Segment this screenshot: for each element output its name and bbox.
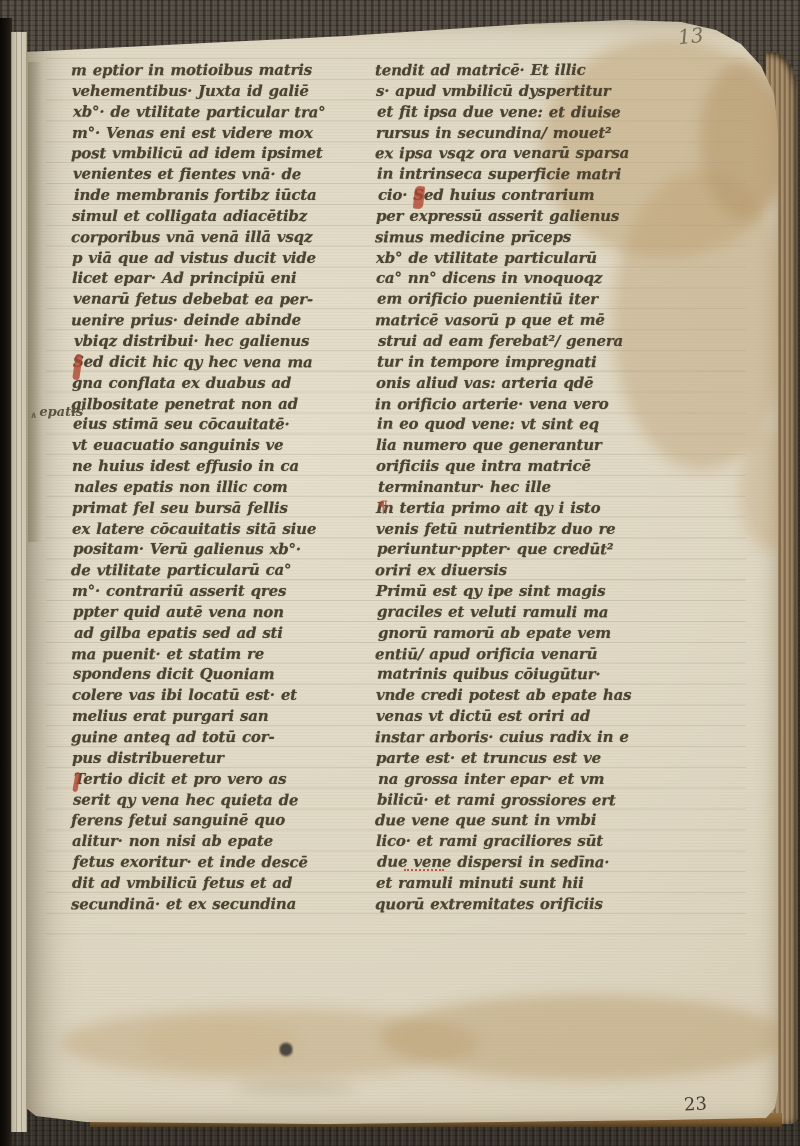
manuscript-text-line: gilbositate penetrat non ad: [71, 393, 347, 414]
manuscript-text-line: dit ad vmbilicū fetus et ad: [72, 873, 348, 894]
manuscript-text-line: venas vt dictū est oriri ad: [376, 706, 662, 727]
rubric-pilcrow-mark: ¶: [378, 498, 388, 516]
manuscript-text-line: vnde credi potest ab epate has: [376, 685, 662, 706]
manuscript-text-line: venarū fetus debebat ea per-: [73, 289, 349, 311]
manuscript-text-line: spondens dicit Quoniam: [73, 664, 349, 686]
manuscript-text-line: na grossa inter epar· et vm: [378, 769, 664, 790]
manuscript-text-line: parte est· et truncus est ve: [376, 748, 662, 769]
manuscript-text-line: guine anteq ad totū cor-: [71, 727, 347, 748]
manuscript-text-line: terminantur· hec ille: [378, 477, 664, 498]
stain-bottom-inner: [140, 1020, 300, 1065]
manuscript-text-line: matrinis quibus cōiugūtur·: [377, 664, 663, 686]
manuscript-text-line: ca° nn° dicens in vnoquoqz: [376, 268, 662, 289]
manuscript-text-line: In tertia primo ait qy i isto: [376, 498, 662, 519]
manuscript-text-line: tur in tempore impregnati: [377, 351, 663, 373]
manuscript-text-line: nales epatis non illic com: [74, 477, 350, 498]
rubric-dotted-underline: [404, 869, 444, 871]
manuscript-text-line: ne huius idest effusio in ca: [72, 456, 348, 477]
left-page-edges: [11, 32, 27, 1132]
manuscript-text-line: graciles et veluti ramuli ma: [377, 602, 663, 624]
stain-bottom-right: [380, 995, 790, 1080]
manuscript-text-line: in eo quod vene: vt sint eq: [377, 414, 663, 436]
ink-spot: [279, 1041, 293, 1058]
manuscript-text-line: ex ipsa vsqz ora venarū sparsa: [375, 143, 661, 164]
folio-number-bottom: 23: [684, 1095, 708, 1114]
manuscript-text-line: m eptior in motioibus matris: [71, 60, 347, 81]
manuscript-text-line: vbiqz distribui· hec galienus: [74, 331, 350, 352]
smudge-bottom: [235, 1082, 355, 1094]
manuscript-text-line: rursus in secundina/ mouet²: [376, 123, 662, 144]
manuscript-text-line: alitur· non nisi ab epate: [72, 831, 348, 852]
manuscript-text-line: inde membranis fortibz iūcta: [74, 185, 350, 206]
manuscript-text-line: strui ad eam ferebat²/ genera: [378, 331, 664, 352]
manuscript-text-line: fetus exoritur· et inde descē: [73, 852, 349, 874]
manuscript-text-line: Primū est qy ipe sint magis: [376, 581, 662, 602]
manuscript-text-line: xb° de vtilitate particularū: [376, 248, 662, 269]
manuscript-text-line: m°· Venas eni est videre mox: [72, 123, 348, 144]
manuscript-text-line: bilicū· et rami grossiores ert: [377, 789, 663, 811]
manuscript-text-line: ex latere cōcauitatis sitā siue: [72, 519, 348, 540]
manuscript-text-line: secundinā· et ex secundina: [71, 894, 347, 915]
manuscript-text-line: oriri ex diuersis: [375, 560, 661, 581]
manuscript-text-line: de vtilitate particularū ca°: [71, 560, 347, 581]
manuscript-text-line: ferens fetui sanguinē quo: [71, 810, 347, 831]
manuscript-text-line: gna conflata ex duabus ad: [72, 373, 348, 394]
manuscript-text-line: tendit ad matricē· Et illic: [375, 60, 661, 81]
manuscript-text-line: lico· et rami graciliores sūt: [376, 831, 662, 852]
manuscript-text-line: s· apud vmbilicū dyspertitur: [376, 81, 662, 102]
manuscript-text-line: Sed dicit hic qy hec vena ma: [73, 351, 349, 373]
manuscript-text-line: uenire prius· deinde abinde: [71, 310, 347, 331]
manuscript-page: 13 m eptior in motioibus matrisvehementi…: [26, 14, 778, 1126]
manuscript-text-line: eius stimā seu cōcauitatē·: [73, 414, 349, 436]
manuscript-text-line: gnorū ramorū ab epate vem: [378, 623, 664, 644]
manuscript-text-line: ma puenit· et statim re: [71, 643, 347, 664]
manuscript-photo: 13 m eptior in motioibus matrisvehementi…: [0, 0, 800, 1146]
manuscript-text-line: colere vas ibi locatū est· et: [72, 685, 348, 706]
manuscript-text-line: et fit ipsa due vene: et diuise: [377, 101, 663, 123]
manuscript-text-line: p viā que ad vistus ducit vide: [72, 248, 348, 269]
manuscript-text-line: venis fetū nutrientibz duo re: [376, 519, 662, 540]
manuscript-text-line: quorū extremitates orificiis: [375, 894, 661, 915]
manuscript-text-line: ad gilba epatis sed ad sti: [74, 623, 350, 644]
manuscript-text-line: periuntur·ppter· que credūt²: [377, 539, 663, 561]
manuscript-text-line: in intrinseca superficie matri: [377, 164, 663, 186]
manuscript-text-line: et ramuli minuti sunt hii: [376, 873, 662, 894]
manuscript-text-line: positam· Verū galienus xb°·: [73, 539, 349, 561]
manuscript-text-line: ppter quid autē vena non: [73, 602, 349, 624]
manuscript-text-line: due vene que sunt in vmbi: [375, 810, 661, 831]
manuscript-text-line: post vmbilicū ad idem ipsimet: [71, 143, 347, 164]
manuscript-text-line: simus medicine prīceps: [375, 227, 661, 248]
manuscript-text-line: m°· contrariū asserit qres: [72, 581, 348, 602]
manuscript-text-line: primat fel seu bursā fellis: [72, 498, 348, 519]
manuscript-text-line: licet epar· Ad principiū eni: [72, 268, 348, 289]
insertion-caret-mark: ∧: [30, 411, 37, 421]
manuscript-text-line: simul et colligata adiacētibz: [72, 206, 348, 227]
manuscript-text-line: in orificio arterie· vena vero: [375, 393, 661, 414]
manuscript-text-line: Tertio dicit et pro vero as: [74, 769, 350, 790]
manuscript-text-line: onis aliud vas: arteria qdē: [376, 373, 662, 394]
folio-number-top: 13: [677, 25, 704, 48]
manuscript-text-line: melius erat purgari san: [72, 706, 348, 727]
manuscript-text-line: venientes et fientes vnā· de: [73, 164, 349, 186]
manuscript-text-line: matricē vasorū p que et mē: [375, 310, 661, 331]
manuscript-text-line: entiū/ apud orificia venarū: [375, 643, 661, 664]
manuscript-text-line: vehementibus· Juxta id galiē: [72, 81, 348, 102]
manuscript-text-line: lia numero que generantur: [376, 435, 662, 456]
manuscript-text-line: xb°· de vtilitate particular tra°: [73, 101, 349, 123]
manuscript-text-line: vt euacuatio sanguinis ve: [72, 435, 348, 456]
manuscript-text-line: serit qy vena hec quieta de: [73, 789, 349, 811]
manuscript-text-line: corporibus vnā venā illā vsqz: [71, 227, 347, 248]
manuscript-text-line: instar arboris· cuius radix in e: [375, 727, 661, 748]
manuscript-text-line: em orificio puenientiū iter: [377, 289, 663, 311]
manuscript-text-line: orificiis que intra matricē: [376, 456, 662, 477]
margin-note-text: epatis: [39, 405, 83, 420]
manuscript-text-line: pus distribueretur: [72, 748, 348, 769]
margin-note-epatis: ∧epatis: [30, 406, 83, 423]
text-column-left: m eptior in motioibus matrisvehementibus…: [72, 60, 348, 915]
